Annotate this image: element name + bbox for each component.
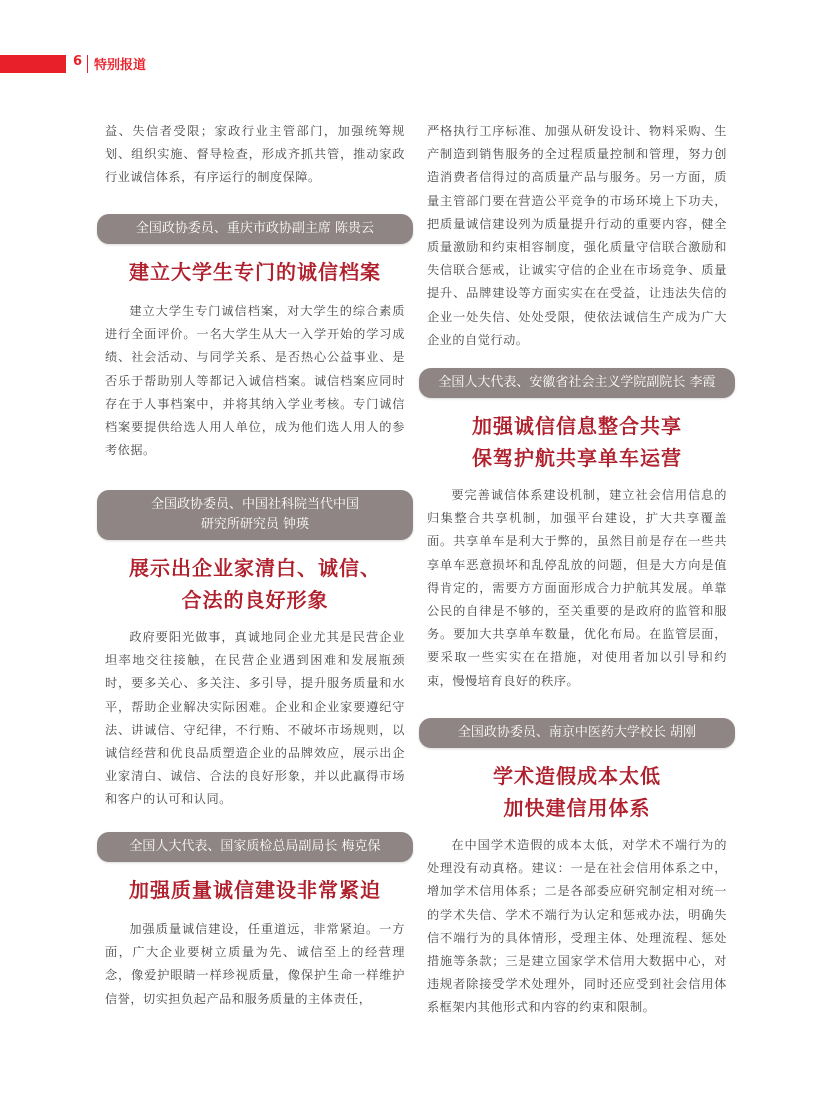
title-line: 加快建信用体系 [427,792,727,824]
section-title: 加强质量诚信建设非常紧迫 [105,874,405,906]
section-chen: 全国政协委员、重庆市政协副主席 陈贵云 建立大学生专门的诚信档案 建立大学生专门… [105,214,405,462]
right-column: 严格执行工序标准、加强从研发设计、物料采购、生产制造到销售服务的全过程质量控制和… [427,120,727,352]
section-li: 全国人大代表、安徽省社会主义学院副院长 李霞 加强诚信信息整合共享 保驾护航共享… [427,368,727,693]
section-body: 要完善诚信体系建设机制，建立社会信用信息的归集整合共享机制，加强平台建设，扩大共… [427,484,727,693]
title-line: 保驾护航共享单车运营 [427,442,727,474]
title-line: 加强诚信信息整合共享 [427,410,727,442]
section-body: 政府要阳光做事，真诚地同企业尤其是民营企业坦率地交往接触，在民营企业遇到困难和发… [105,626,405,812]
speaker-badge: 全国政协委员、中国社科院当代中国 研究所研究员 钟瑛 [97,490,413,540]
section-title: 展示出企业家清白、诚信、 合法的良好形象 [105,552,405,616]
red-accent-bar [0,55,66,73]
section-title: 加强诚信信息整合共享 保驾护航共享单车运营 [427,410,727,474]
speaker-badge: 全国人大代表、国家质检总局副局长 梅克保 [97,832,413,862]
section-zhong: 全国政协委员、中国社科院当代中国 研究所研究员 钟瑛 展示出企业家清白、诚信、 … [105,490,405,812]
continued-paragraph: 严格执行工序标准、加强从研发设计、物料采购、生产制造到销售服务的全过程质量控制和… [427,120,727,352]
left-column: 益、失信者受限；家政行业主管部门，加强统筹规划、组织实施、督导检查，形成齐抓共管… [105,120,405,190]
speaker-badge: 全国政协委员、重庆市政协副主席 陈贵云 [97,214,413,244]
speaker-line: 全国政协委员、中国社科院当代中国 [105,495,405,515]
section-mei: 全国人大代表、国家质检总局副局长 梅克保 加强质量诚信建设非常紧迫 加强质量诚信… [105,832,405,1011]
intro-paragraph: 益、失信者受限；家政行业主管部门，加强统筹规划、组织实施、督导检查，形成齐抓共管… [105,120,405,190]
section-title: 建立大学生专门的诚信档案 [105,256,405,288]
section-title: 特别报道 [94,54,146,73]
section-title: 学术造假成本太低 加快建信用体系 [427,760,727,824]
section-body: 在中国学术造假的成本太低，对学术不端行为的处理没有动真格。建议：一是在社会信用体… [427,834,727,1020]
title-line: 学术造假成本太低 [427,760,727,792]
section-body: 加强质量诚信建设，任重道远，非常紧迫。一方面，广大企业要树立质量为先、诚信至上的… [105,918,405,1011]
speaker-badge: 全国人大代表、安徽省社会主义学院副院长 李霞 [419,368,735,398]
divider [87,55,88,73]
title-line: 合法的良好形象 [105,584,405,616]
page-number: 6 [73,54,82,69]
section-body: 建立大学生专门诚信档案，对大学生的综合素质进行全面评价。一名大学生从大一入学开始… [105,300,405,462]
title-line: 展示出企业家清白、诚信、 [105,552,405,584]
speaker-line: 研究所研究员 钟瑛 [105,515,405,535]
section-hu: 全国政协委员、南京中医药大学校长 胡刚 学术造假成本太低 加快建信用体系 在中国… [427,718,727,1020]
speaker-badge: 全国政协委员、南京中医药大学校长 胡刚 [419,718,735,748]
page-header: 6 特别报道 [0,52,300,74]
